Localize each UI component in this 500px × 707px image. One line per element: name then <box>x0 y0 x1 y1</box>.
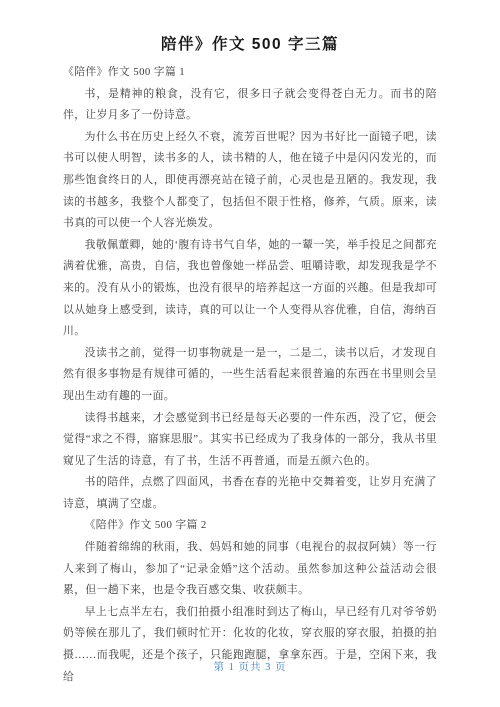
document-body: 《陪伴》作文 500 字篇 1书，是精神的粮食，没有它，很多日子就会变得苍白无力… <box>63 62 437 688</box>
page-number-footer: 第 1 页共 3 页 <box>0 660 500 675</box>
paragraph: 书，是精神的粮食，没有它，很多日子就会变得苍白无力。而书的陪伴，让岁月多了一份诗… <box>63 84 437 127</box>
paragraph: 书的陪伴，点燃了四面风，书香在春的光艳中交舞着变，让岁月充满了诗意，填满了空虚。 <box>63 472 437 515</box>
document-page: 陪伴》作文 500 字三篇 《陪伴》作文 500 字篇 1书，是精神的粮食，没有… <box>0 0 500 707</box>
section-heading: 《陪伴》作文 500 字篇 1 <box>63 62 437 84</box>
section-heading: 《陪伴》作文 500 字篇 2 <box>63 515 437 537</box>
paragraph: 早上七点半左右，我们拍摄小组准时到达了梅山，早已经有几对爷爷奶奶等候在那儿了，我… <box>63 602 437 688</box>
document-title: 陪伴》作文 500 字三篇 <box>0 36 500 55</box>
paragraph: 为什么书在历史上经久不衰，流芳百世呢？因为书好比一面镜子吧，读书可以使人明智，读… <box>63 127 437 235</box>
paragraph: 伴随着绵绵的秋雨，我、妈妈和她的同事（电视台的叔叔阿姨）等一行人来到了梅山，参加… <box>63 537 437 602</box>
paragraph: 读得书越来，才会感觉到书已经是每天必要的一件东西，没了它，便会觉得“求之不得，寤… <box>63 408 437 473</box>
paragraph: 我敬佩董卿，她的‘腹有诗书气自华，她的一颦一笑，举手投足之间都充满着优雅，高贵，… <box>63 235 437 343</box>
paragraph: 没读书之前，觉得一切事物就是一是一，二是二，读书以后，才发现自然有很多事物是有规… <box>63 343 437 408</box>
